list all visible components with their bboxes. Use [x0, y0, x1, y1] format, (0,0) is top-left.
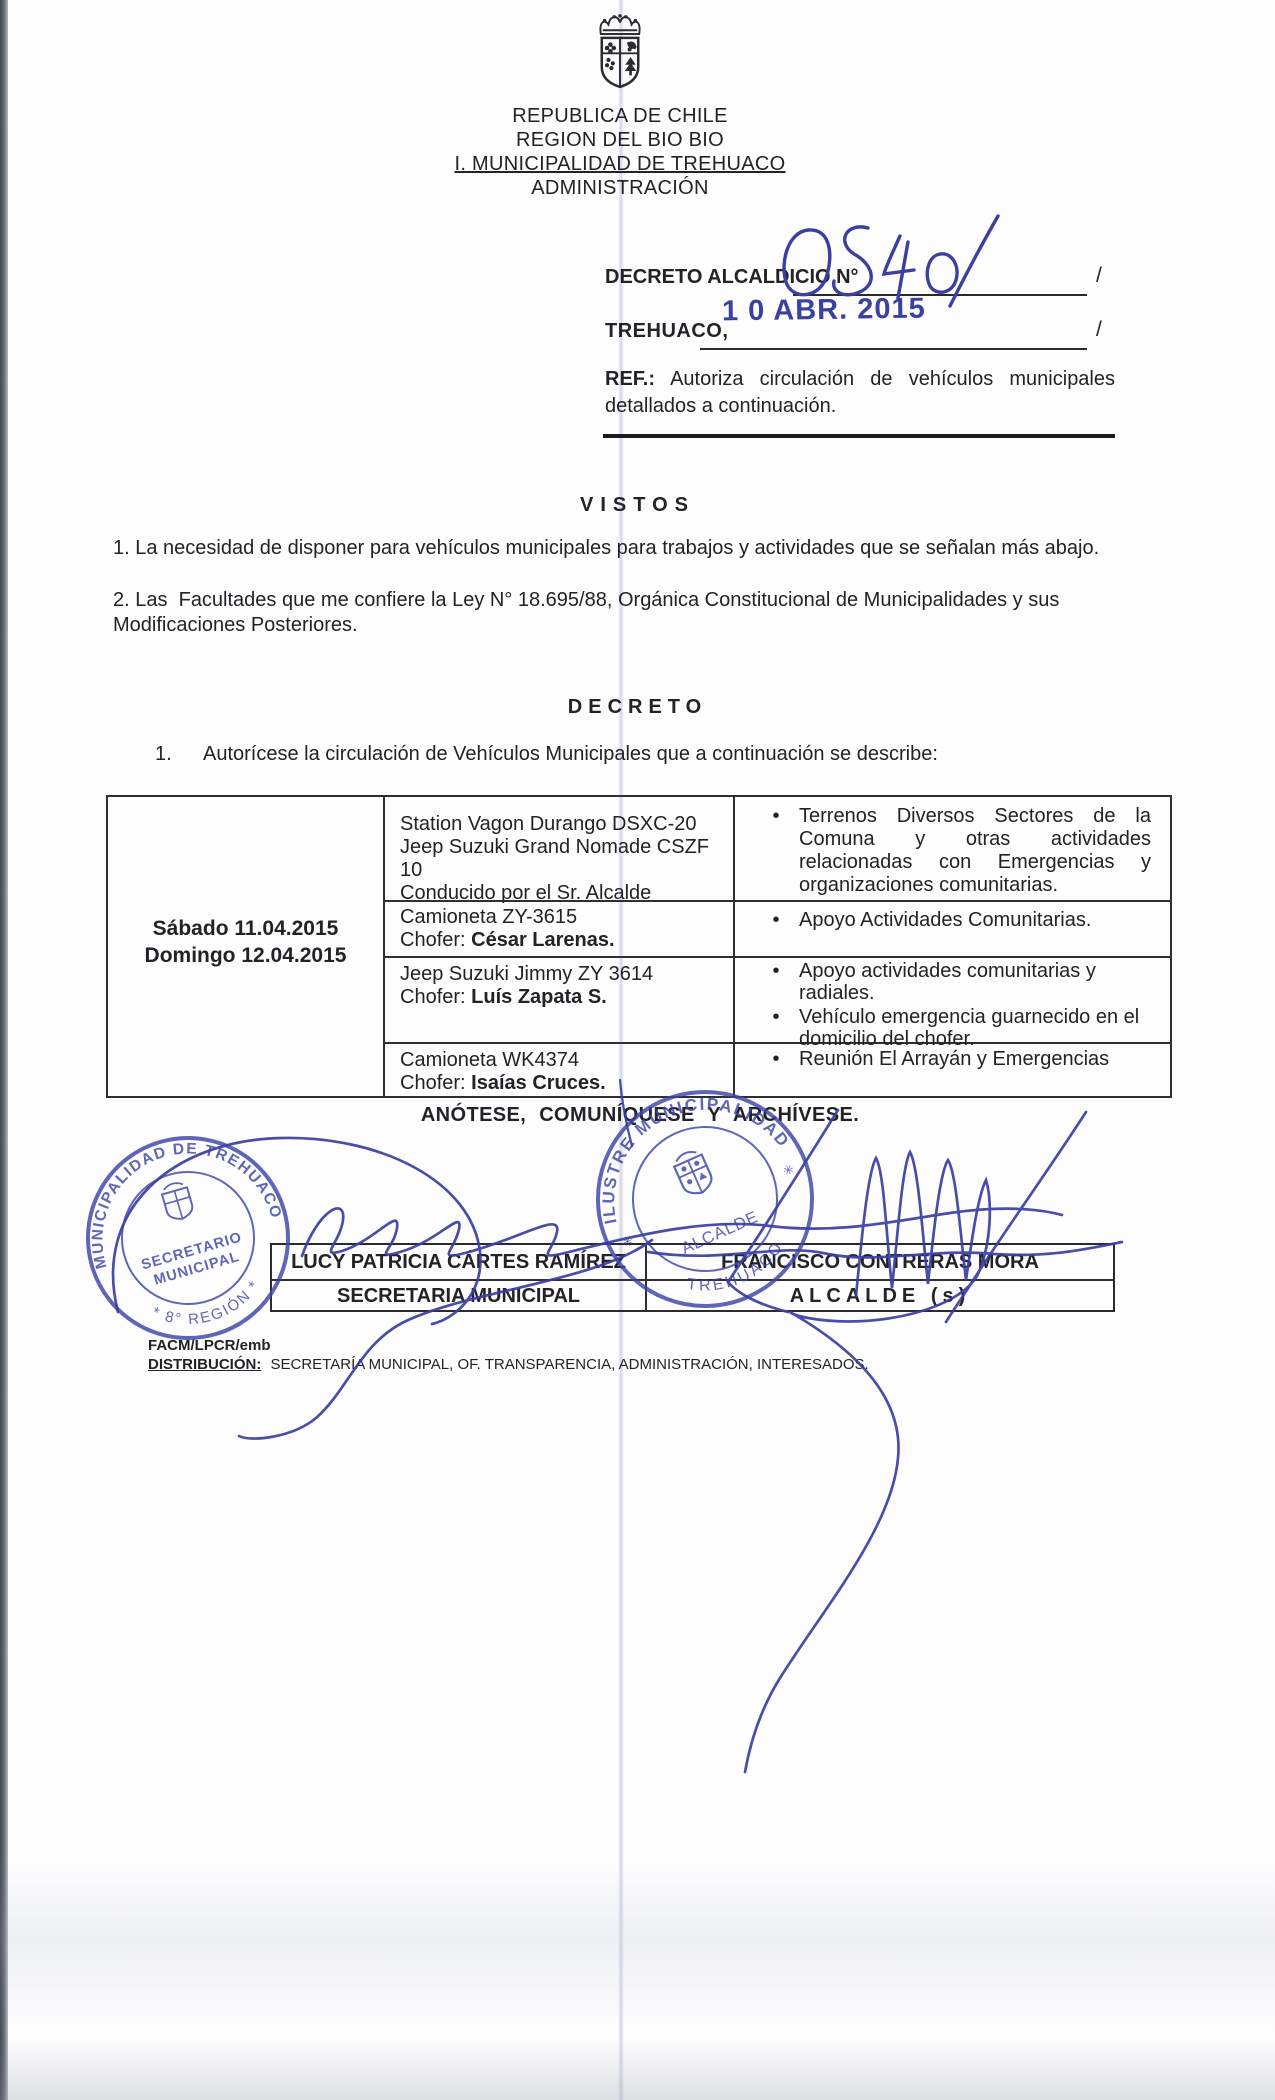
purpose-cell: • Apoyo Actividades Comunitarias. [753, 909, 1157, 932]
purpose-cell: • Reunión El Arrayán y Emergencias [753, 1048, 1157, 1071]
secretary-title: SECRETARIA MUNICIPAL [272, 1285, 645, 1308]
vehicle-line: Camioneta ZY-3615 [400, 906, 725, 929]
bullet-icon: • [753, 1007, 799, 1050]
distribution-label: DISTRIBUCIÓN: [148, 1356, 261, 1373]
ref-paragraph: REF.: Autoriza circulación de vehículos … [605, 366, 1115, 420]
ref-rule [603, 434, 1115, 438]
vehicle-table: Sábado 11.04.2015 Domingo 12.04.2015 Sta… [106, 795, 1172, 1098]
table-divider-row2 [383, 956, 1172, 958]
municipal-coat-of-arms [572, 10, 668, 110]
vehicle-line: Camioneta WK4374 [400, 1049, 725, 1072]
purpose-cell: • Apoyo actividades comunitarias y radia… [753, 961, 1157, 1050]
decreto-title: DECRETO [450, 696, 825, 719]
purpose-text: Apoyo Actividades Comunitarias. [799, 909, 1157, 932]
handwritten-decree-number [770, 200, 1020, 320]
letterhead-country: REPUBLICA DE CHILE [370, 104, 870, 128]
bullet-icon: • [753, 805, 799, 897]
vehicle-line: Jeep Suzuki Grand Nomade CSZF 10 [400, 836, 725, 882]
scan-shade-band [0, 1860, 1275, 2030]
secretary-name: LUCY PATRICIA CÁRTES RAMÍREZ [272, 1251, 645, 1274]
table-divider-col2 [733, 797, 735, 1096]
ref-text: Autoriza circulación de vehículos munici… [605, 368, 1115, 417]
mayor-stamp-center: ALCALDE [679, 1208, 761, 1258]
letterhead: REPUBLICA DE CHILE REGION DEL BIO BIO I.… [370, 104, 870, 200]
decreto-item-number: 1. [155, 742, 172, 767]
vistos-item-2: 2. Las Facultades que me confiere la Ley… [113, 588, 1158, 638]
table-date-cell: Sábado 11.04.2015 Domingo 12.04.2015 [118, 915, 373, 969]
distribution-line: DISTRIBUCIÓN: SECRETARÍA MUNICIPAL, OF. … [148, 1356, 1148, 1373]
secretary-stamp: MUNICIPALIDAD DE TREHUACO * 8° REGIÓN * … [57, 1107, 319, 1369]
purpose-text: Apoyo actividades comunitarias y radiale… [799, 961, 1157, 1004]
table-row: Jeep Suzuki Jimmy ZY 3614 Chofer: Luís Z… [400, 963, 725, 1009]
ref-label: REF.: [605, 368, 655, 390]
decreto-item-text: Autorícese la circulación de Vehículos M… [203, 742, 1163, 767]
vistos-title: VISTOS [450, 494, 825, 517]
mayor-stamp-star-right: ✳ [780, 1161, 796, 1179]
crown-icon [600, 17, 639, 34]
letterhead-municipality: I. MUNICIPALIDAD DE TREHUACO [370, 152, 870, 176]
table-row: Station Vagon Durango DSXC-20 Jeep Suzuk… [400, 813, 725, 905]
vehicle-line: Jeep Suzuki Jimmy ZY 3614 [400, 963, 725, 986]
bullet-icon: • [753, 961, 799, 1004]
table-date-line2: Domingo 12.04.2015 [118, 942, 373, 969]
table-divider-col1 [383, 797, 385, 1096]
purpose-text: Vehículo emergencia guarnecido en el dom… [799, 1007, 1157, 1050]
scan-shade-bottom [0, 2040, 1275, 2100]
date-slash: / [1096, 318, 1102, 342]
mayor-stamp-star-left: ✳ [620, 1233, 636, 1251]
scanned-decree-page: REPUBLICA DE CHILE REGION DEL BIO BIO I.… [0, 0, 1275, 2100]
table-row: Camioneta ZY-3615 Chofer: César Larenas. [400, 906, 725, 952]
table-date-line1: Sábado 11.04.2015 [118, 915, 373, 942]
stamp-shield-icon [160, 1180, 195, 1222]
chofer-line: Chofer: César Larenas. [400, 929, 725, 952]
stamp-shield-icon [671, 1147, 716, 1198]
purpose-cell: • Terrenos Diversos Sectores de la Comun… [753, 805, 1157, 897]
purpose-text: Reunión El Arrayán y Emergencias [799, 1048, 1157, 1071]
distribution-text: SECRETARÍA MUNICIPAL, OF. TRANSPARENCIA,… [271, 1356, 869, 1373]
purpose-text: Terrenos Diversos Sectores de la Comuna … [799, 805, 1157, 897]
decree-number-slash: / [1096, 264, 1102, 288]
chofer-line: Chofer: Luís Zapata S. [400, 986, 725, 1009]
vistos-item-1: 1. La necesidad de disponer para vehícul… [113, 536, 1158, 561]
letterhead-department: ADMINISTRACIÓN [370, 176, 870, 200]
vehicle-line: Station Vagon Durango DSXC-20 [400, 813, 725, 836]
scan-edge-left [0, 0, 8, 2100]
vehicle-line: Conducido por el Sr. Alcalde [400, 882, 725, 905]
letterhead-region: REGION DEL BIO BIO [370, 128, 870, 152]
bullet-icon: • [753, 909, 799, 932]
